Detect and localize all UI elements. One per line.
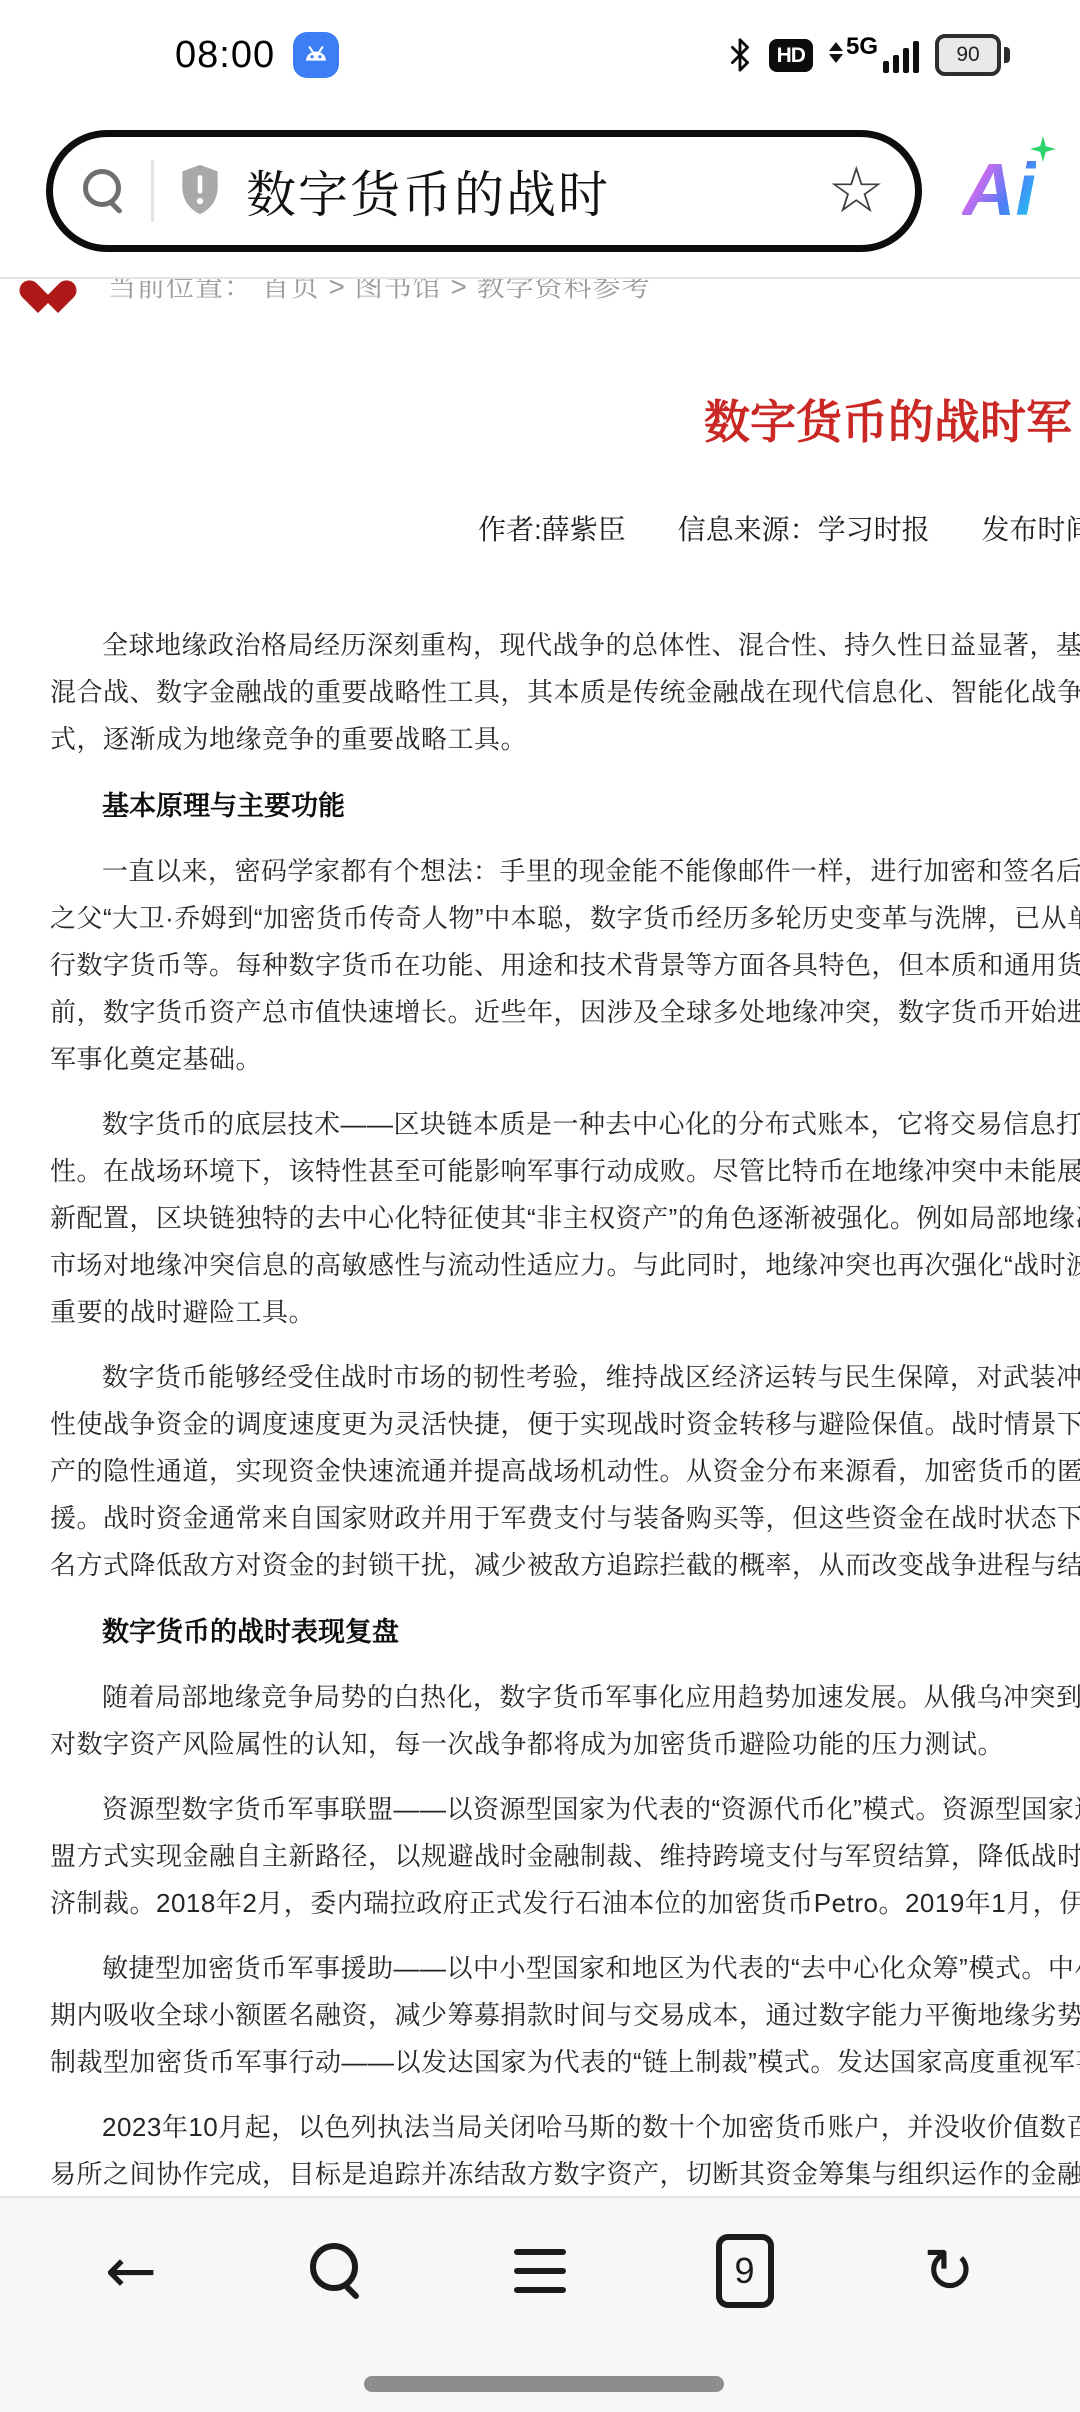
article-line: 资源型数字货币军事联盟——以资源型国家为代表的“资源代币化”模式。资源型国家通过… [0,1786,1080,1833]
article-line: 名方式降低敌方对资金的封锁干扰，减少被敌方追踪拦截的概率，从而改变战争进程与结果… [0,1542,1080,1589]
paragraph: 全球地缘政治格局经历深刻重构，现代战争的总体性、混合性、持久性日益显著，基于数混… [0,622,1080,763]
article-line: 易所之间协作完成，目标是追踪并冻结敌方数字资产，切断其资金筹集与组织运作的金融渠… [0,2151,1080,2198]
divider [151,160,154,222]
article-line: 军事化奠定基础。 [0,1036,1080,1083]
page-title: 数字货币的战时军 [0,386,1080,452]
article-line: 2023年10月起，以色列执法当局关闭哈马斯的数十个加密货币账户，并没收价值数百… [0,2104,1080,2151]
status-left: 08:00 [175,32,339,78]
article-line: 产的隐性通道，实现资金快速流通并提高战场机动性。从资金分布来源看，加密货币的匿名… [0,1448,1080,1495]
browser-chrome: 数字货币的战时 ☆ Ai [0,112,1080,278]
article-line: 对数字资产风险属性的认知，每一次战争都将成为加密货币避险功能的压力测试。 [0,1721,1080,1768]
data-arrows-icon [829,42,843,63]
article-line: 一直以来，密码学家都有个想法：手里的现金能不能像邮件一样，进行加密和签名后，从 [0,848,1080,895]
ai-assistant-button[interactable]: Ai [962,136,1054,244]
heart-icon [28,281,68,319]
section-heading: 基本原理与主要功能 [0,783,1080,830]
refresh-icon: ↻ [923,2240,975,2302]
article-line: 全球地缘政治格局经历深刻重构，现代战争的总体性、混合性、持久性日益显著，基于数 [0,622,1080,669]
menu-button[interactable] [495,2226,585,2316]
article-line: 期内吸收全球小额匿名融资，减少筹募捐款时间与交易成本，通过数字能力平衡地缘劣势，… [0,1992,1080,2039]
article-line: 重要的战时避险工具。 [0,1289,1080,1336]
back-button[interactable]: ← [86,2226,176,2316]
article-line: 前，数字货币资产总市值快速增长。近些年，因涉及全球多处地缘冲突，数字货币开始进入… [0,989,1080,1036]
sparkle-icon [1030,136,1056,162]
address-bar[interactable]: 数字货币的战时 ☆ [46,130,922,252]
article-body: 全球地缘政治格局经历深刻重构，现代战争的总体性、混合性、持久性日益显著，基于数混… [0,622,1080,2198]
home-indicator[interactable] [364,2376,724,2392]
hamburger-menu-icon [514,2249,566,2293]
phone-screen: 08:00 HD 5G 90 [0,0,1080,2412]
article-publish-time: 发布时间：2 [981,514,1080,545]
network-type-label: 5G [846,33,878,61]
paragraph: 数字货币的底层技术——区块链本质是一种去中心化的分布式账本，它将交易信息打包成“… [0,1101,1080,1336]
tabs-button[interactable]: 9 [700,2226,790,2316]
article-line: 数字货币能够经受住战时市场的韧性考验，维持战区经济运转与民生保障，对武装冲突与 [0,1354,1080,1401]
security-shield-icon[interactable] [178,163,222,220]
battery-percent: 90 [956,43,979,67]
paragraph: 随着局部地缘竞争局势的白热化，数字货币军事化应用趋势加速发展。从俄乌冲突到中东对… [0,1674,1080,1768]
breadcrumb: 当前位置： 首页 > 图书馆 > 教学资料参考 [0,279,1080,325]
article-line: 性。在战场环境下，该特性甚至可能影响军事行动成败。尽管比特币在地缘冲突中未能展现… [0,1148,1080,1195]
clock: 08:00 [175,34,275,77]
paragraph: 一直以来，密码学家都有个想法：手里的现金能不能像邮件一样，进行加密和签名后，从之… [0,848,1080,1083]
section-heading: 数字货币的战时表现复盘 [0,1609,1080,1656]
paragraph: 资源型数字货币军事联盟——以资源型国家为代表的“资源代币化”模式。资源型国家通过… [0,1786,1080,1927]
article-line: 随着局部地缘竞争局势的白热化，数字货币军事化应用趋势加速发展。从俄乌冲突到中东 [0,1674,1080,1721]
tab-count: 9 [734,2250,754,2292]
search-query-text[interactable]: 数字货币的战时 [246,155,818,227]
breadcrumb-text[interactable]: 当前位置： 首页 > 图书馆 > 教学资料参考 [108,279,651,305]
article-line: 新配置，区块链独特的去中心化特征使其“非主权资产”的角色逐渐被强化。例如局部地缘… [0,1195,1080,1242]
paragraph: 数字货币能够经受住战时市场的韧性考验，维持战区经济运转与民生保障，对武装冲突与性… [0,1354,1080,1589]
bookmark-star-icon[interactable]: ☆ [828,159,885,223]
article-line: 式，逐渐成为地缘竞争的重要战略工具。 [0,716,1080,763]
search-icon [306,2241,366,2301]
bottom-navbar: ← 9 ↻ [0,2196,1080,2412]
status-bar: 08:00 HD 5G 90 [0,0,1080,110]
battery-nub [1004,47,1010,63]
article-line: 敏捷型加密货币军事援助——以中小型国家和地区为代表的“去中心化众筹”模式。中小型… [0,1945,1080,1992]
article-line: 盟方式实现金融自主新路径，以规避战时金融制裁、维持跨境支付与军贸结算，降低战时汇… [0,1833,1080,1880]
paragraph: 2023年10月起，以色列执法当局关闭哈马斯的数十个加密货币账户，并没收价值数百… [0,2104,1080,2198]
search-icon [83,169,127,213]
article-line: 性使战争资金的调度速度更为灵活快捷，便于实现战时资金转移与避险保值。战时情景下，… [0,1401,1080,1448]
ai-logo-text: Ai [962,148,1036,231]
article-line: 行数字货币等。每种数字货币在功能、用途和技术背景等方面各具特色，但本质和通用货币… [0,942,1080,989]
android-app-icon [293,32,339,78]
hd-badge: HD [769,39,813,72]
article-line: 之父“大卫·乔姆到“加密货币传奇人物”中本聪，数字货币经历多轮历史变革与洗牌，已… [0,895,1080,942]
article-line: 数字货币的底层技术——区块链本质是一种去中心化的分布式账本，它将交易信息打包成“ [0,1101,1080,1148]
article-author: 作者:薛紫臣 [478,514,626,545]
android-robot-icon [299,38,333,72]
bluetooth-icon [727,37,753,73]
article-meta: 作者:薛紫臣 信息来源：学习时报 发布时间：2 [0,508,1080,548]
signal-bars-icon [883,39,919,73]
back-arrow-icon: ← [105,2240,157,2302]
tab-counter: 9 [716,2234,774,2308]
article-line: 混合战、数字金融战的重要战略性工具，其本质是传统金融战在现代信息化、智能化战争形… [0,669,1080,716]
battery-indicator: 90 [935,34,1010,76]
article-line: 济制裁。2018年2月，委内瑞拉政府正式发行石油本位的加密货币Petro。201… [0,1880,1080,1927]
status-right: HD 5G 90 [727,33,1010,77]
refresh-button[interactable]: ↻ [904,2226,994,2316]
article-line: 援。战时资金通常来自国家财政并用于军费支付与装备购买等，但这些资金在战时状态下易… [0,1495,1080,1542]
paragraph: 敏捷型加密货币军事援助——以中小型国家和地区为代表的“去中心化众筹”模式。中小型… [0,1945,1080,2086]
article-line: 制裁型加密货币军事行动——以发达国家为代表的“链上制裁”模式。发达国家高度重视军… [0,2039,1080,2086]
search-button[interactable] [291,2226,381,2316]
network-indicator: 5G [829,33,919,77]
article-source: 信息来源：学习时报 [678,514,930,545]
article-line: 市场对地缘冲突信息的高敏感性与流动性适应力。与此同时，地缘冲突也再次强化“战时波… [0,1242,1080,1289]
